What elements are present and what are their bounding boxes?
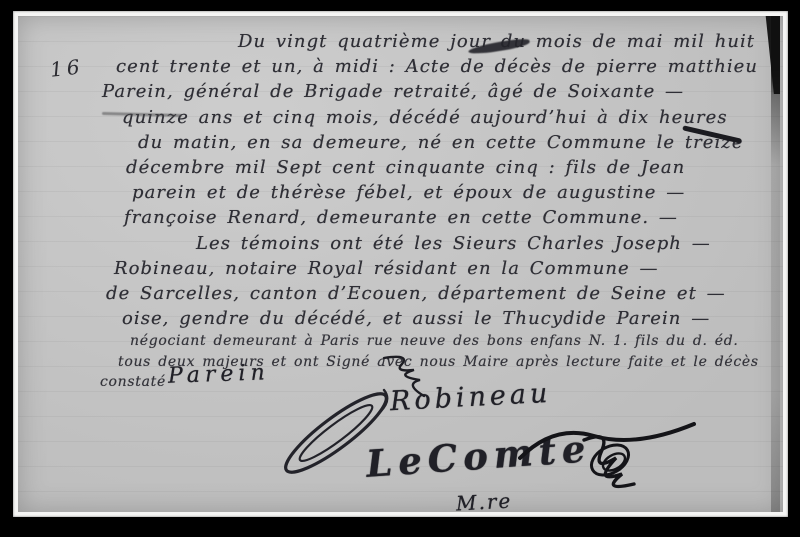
signature-paraph-scribble-icon <box>518 414 698 504</box>
manuscript-line: Les témoins ont été les Sieurs Charles J… <box>196 231 783 256</box>
manuscript-line: oise, gendre du décédé, et aussi le Thuc… <box>122 306 783 331</box>
act-margin-number: 16 <box>49 54 85 81</box>
scanned-death-record: 16 Du vingt quatrième jour du mois de ma… <box>0 0 800 537</box>
manuscript-line: cent trente et un, à midi : Acte de décè… <box>116 54 783 79</box>
manuscript-line: Robineau, notaire Royal résidant en la C… <box>114 256 783 281</box>
manuscript-text-block: Du vingt quatrième jour du mois de mai m… <box>88 29 783 393</box>
signature-parein: Parein <box>168 360 270 389</box>
manuscript-line: de Sarcelles, canton d’Ecouen, départeme… <box>106 281 783 306</box>
manuscript-line: du matin, en sa demeure, né en cette Com… <box>138 130 783 155</box>
scan-mat-frame: 16 Du vingt quatrième jour du mois de ma… <box>13 11 788 517</box>
signature-mayor-title: M.re <box>455 489 512 512</box>
manuscript-line: négociant demeurant à Paris rue neuve de… <box>130 331 783 352</box>
manuscript-line: décembre mil Sept cent cinquante cinq : … <box>126 155 783 180</box>
manuscript-line: Parein, général de Brigade retraité, âgé… <box>102 79 783 104</box>
manuscript-line: françoise Renard, demeurante en cette Co… <box>124 205 783 230</box>
manuscript-line: parein et de thérèse fébel, et époux de … <box>132 180 783 205</box>
manuscript-paper: 16 Du vingt quatrième jour du mois de ma… <box>18 16 783 512</box>
